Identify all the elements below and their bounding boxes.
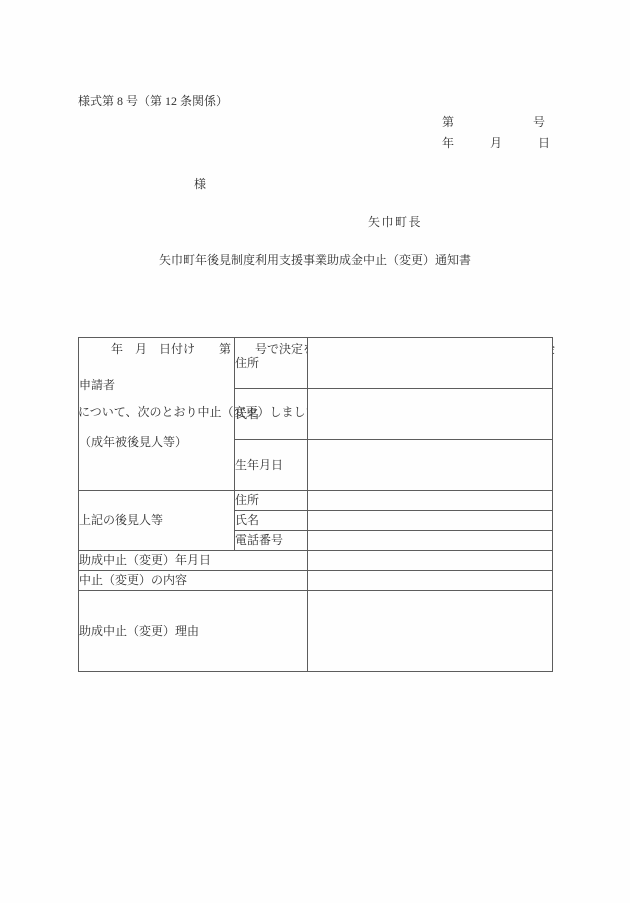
date-year-label: 年 (442, 136, 454, 150)
suspension-reason-label: 助成中止（変更）理由 (79, 591, 308, 672)
table-row: 申請者 （成年被後見人等） 住所 (79, 338, 553, 389)
date-month-label: 月 (490, 136, 502, 150)
table-row: 上記の後見人等 住所 (79, 491, 553, 511)
change-details-value (308, 571, 553, 591)
date-line: 年 月 日 (442, 136, 550, 150)
suspension-reason-value (308, 591, 553, 672)
applicant-name-value (308, 389, 553, 440)
table-row: 助成中止（変更）理由 (79, 591, 553, 672)
document-number-line: 第 号 (442, 115, 545, 129)
table-row: 助成中止（変更）年月日 (79, 551, 553, 571)
suspension-date-value (308, 551, 553, 571)
sender-title: 矢巾町長 (368, 215, 422, 229)
applicant-address-label: 住所 (235, 338, 308, 389)
applicant-address-value (308, 338, 553, 389)
guardian-address-value (308, 491, 553, 511)
applicant-birthdate-value (308, 440, 553, 491)
document-page: 様式第 8 号（第 12 条関係） 第 号 年 月 日 様 矢巾町長 矢巾町年後… (0, 0, 630, 903)
change-details-label: 中止（変更）の内容 (79, 571, 308, 591)
applicant-label-line2: （成年被後見人等） (79, 433, 234, 452)
document-title: 矢巾町年後見制度利用支援事業助成金中止（変更）通知書 (0, 253, 630, 267)
form-number: 様式第 8 号（第 12 条関係） (78, 94, 228, 108)
doc-number-suffix: 号 (533, 115, 545, 129)
suspension-date-label: 助成中止（変更）年月日 (79, 551, 308, 571)
applicant-label-line1: 申請者 (79, 376, 234, 395)
guardian-phone-label: 電話番号 (235, 531, 308, 551)
guardian-address-label: 住所 (235, 491, 308, 511)
applicant-group-label: 申請者 （成年被後見人等） (79, 338, 235, 491)
doc-number-prefix: 第 (442, 115, 454, 129)
guardian-phone-value (308, 531, 553, 551)
addressee-honorific: 様 (194, 177, 206, 191)
table-row: 中止（変更）の内容 (79, 571, 553, 591)
date-day-label: 日 (538, 136, 550, 150)
guardian-name-label: 氏名 (235, 511, 308, 531)
guardian-name-value (308, 511, 553, 531)
applicant-birthdate-label: 生年月日 (235, 440, 308, 491)
form-table: 申請者 （成年被後見人等） 住所 氏名 生年月日 上記の後見人等 住所 氏名 (78, 337, 553, 672)
guardian-group-label: 上記の後見人等 (79, 491, 235, 551)
applicant-name-label: 氏名 (235, 389, 308, 440)
